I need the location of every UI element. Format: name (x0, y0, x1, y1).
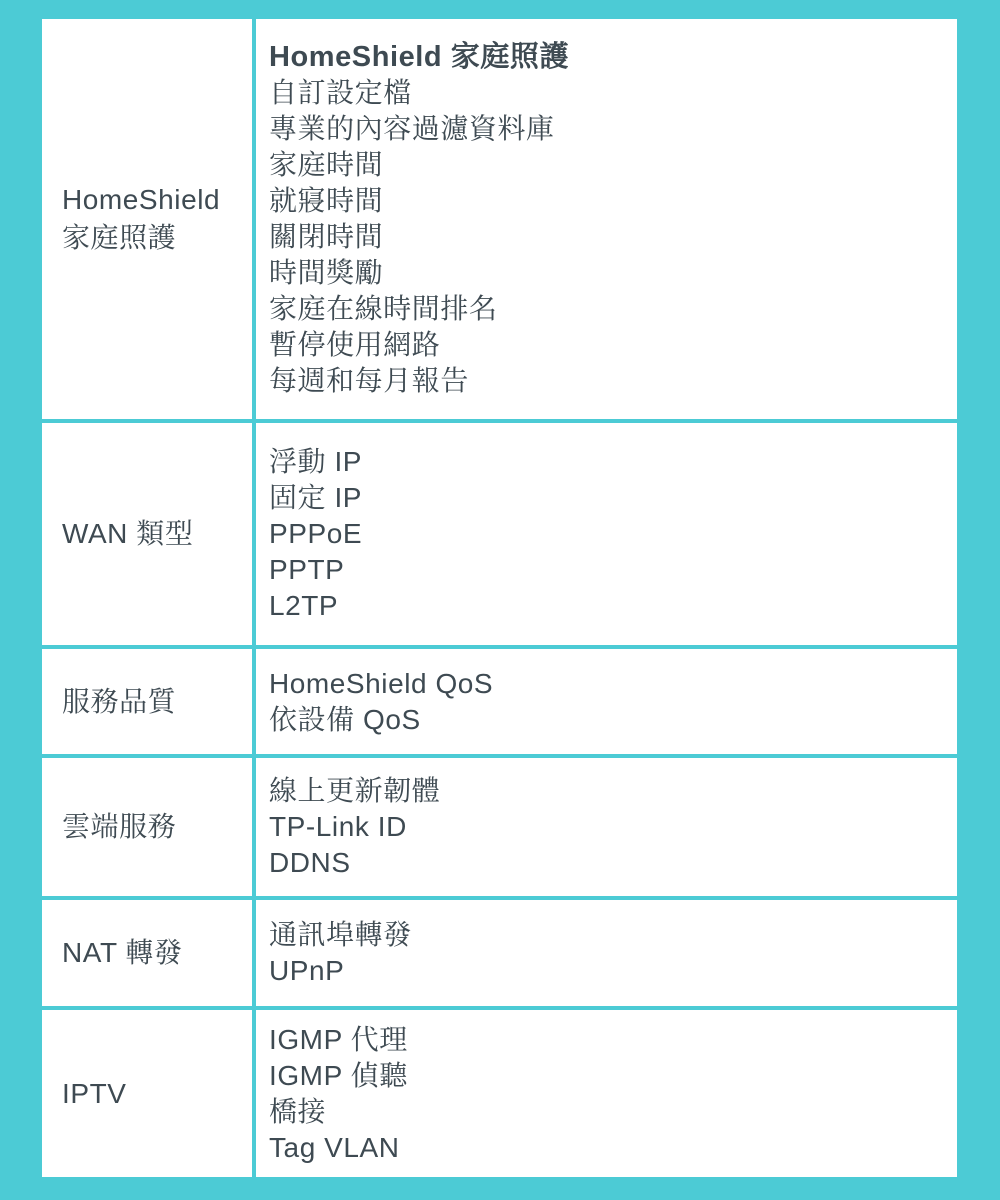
feature-item: 橋接 (269, 1094, 947, 1130)
feature-details: HomeShield 家庭照護 自訂設定檔專業的內容過濾資料庫家庭時間就寢時間關… (256, 19, 957, 419)
feature-item: UPnP (269, 953, 947, 989)
feature-item: DDNS (269, 845, 947, 881)
feature-category: 服務品質 (42, 649, 252, 754)
feature-details: HomeShield QoS依設備 QoS (256, 649, 957, 754)
table-row: WAN 類型 浮動 IP固定 IPPPPoEPPTPL2TP (42, 423, 957, 645)
feature-item: Tag VLAN (269, 1130, 947, 1166)
feature-spec-table: HomeShield 家庭照護 HomeShield 家庭照護 自訂設定檔專業的… (42, 19, 957, 1177)
feature-item: 暫停使用網路 (269, 327, 947, 363)
table-row: 雲端服務 線上更新韌體TP-Link IDDDNS (42, 758, 957, 896)
feature-category: IPTV (42, 1010, 252, 1177)
feature-item: IGMP 偵聽 (269, 1058, 947, 1094)
feature-details: IGMP 代理IGMP 偵聽橋接Tag VLAN (256, 1010, 957, 1177)
feature-item: 時間獎勵 (269, 255, 947, 291)
feature-item: 固定 IP (269, 480, 947, 516)
feature-item: 線上更新韌體 (269, 773, 947, 809)
table-row: 服務品質 HomeShield QoS依設備 QoS (42, 649, 957, 754)
feature-item: PPPoE (269, 516, 947, 552)
table-row: HomeShield 家庭照護 HomeShield 家庭照護 自訂設定檔專業的… (42, 19, 957, 419)
feature-details: 通訊埠轉發UPnP (256, 900, 957, 1006)
feature-item: PPTP (269, 552, 947, 588)
feature-details: 浮動 IP固定 IPPPPoEPPTPL2TP (256, 423, 957, 645)
feature-item: 關閉時間 (269, 219, 947, 255)
feature-group-title: HomeShield 家庭照護 (269, 39, 947, 75)
feature-item: 自訂設定檔 (269, 75, 947, 111)
feature-item: 依設備 QoS (269, 702, 947, 738)
feature-details: 線上更新韌體TP-Link IDDDNS (256, 758, 957, 896)
feature-category: HomeShield 家庭照護 (42, 19, 252, 419)
feature-item: 通訊埠轉發 (269, 917, 947, 953)
feature-item: 就寢時間 (269, 183, 947, 219)
table-row: NAT 轉發 通訊埠轉發UPnP (42, 900, 957, 1006)
feature-category: 雲端服務 (42, 758, 252, 896)
feature-category: WAN 類型 (42, 423, 252, 645)
feature-item: IGMP 代理 (269, 1022, 947, 1058)
feature-item: 浮動 IP (269, 444, 947, 480)
feature-item: L2TP (269, 588, 947, 624)
feature-item: 家庭在線時間排名 (269, 291, 947, 327)
feature-category: NAT 轉發 (42, 900, 252, 1006)
feature-item: HomeShield QoS (269, 666, 947, 702)
feature-item: 家庭時間 (269, 147, 947, 183)
feature-item: 每週和每月報告 (269, 363, 947, 399)
table-row: IPTV IGMP 代理IGMP 偵聽橋接Tag VLAN (42, 1010, 957, 1177)
feature-item: 專業的內容過濾資料庫 (269, 111, 947, 147)
feature-item: TP-Link ID (269, 809, 947, 845)
